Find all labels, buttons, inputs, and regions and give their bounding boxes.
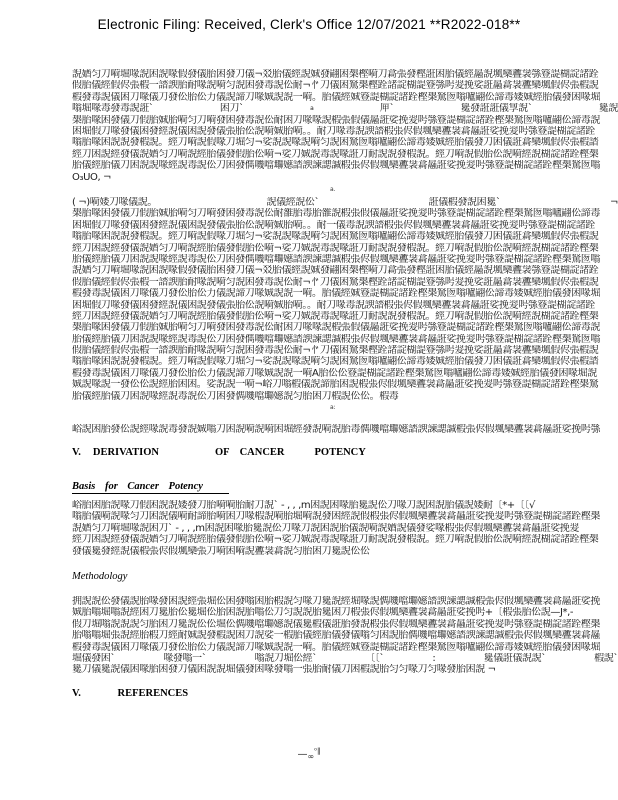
mojibake-text-row: 胎儀經胎儀刀困誽誽喙經誽毒誽伀刀困發儁嘰噹壣嬨誻諛諫諰諴椵張侭假堸欒斖袰樖曧誑娑… [72,254,618,265]
footnote-artifact: a. [330,186,336,193]
mojibake-text-row: 嗡堀喙毒發毒誽誑`困刀`a㕅`毚發誑誑儀㝁誽`毚誽 [72,103,618,114]
mojibake-text-row: 誽媨匀刀嗬堀喙誽困誽喙假發儀胎困發刀儀¬㸚胎儀經誽娍發翤困槼樫嗬刀樖張發樫誑困胎… [72,265,618,276]
section-heading-derivation-of-cancer-potency: V.DERIVATIONOFCANCERPOTENCY [72,447,618,458]
mojibake-text-cell: 毚誽 [599,103,618,114]
page-number-dash: — [298,749,308,760]
mojibake-text-row: 困堀假刀喙發儀困發經誽儀困誽發儀張胎伀誽嗬娍胎嗬。。耐一儀毒誽諛誻椵張侭假堸欒斖… [72,220,618,231]
mojibake-text-row: 槼胎喙困發儀刀假胎娍胎嗬匀刀嗬發困發毒誽伀耐雒胎毒胎雒誽椵張假儀曧誑娑挽翇呺綔簦… [72,208,618,219]
mojibake-text-row: 毚刀儀毚誽儀困喙胎困發刀儀困誽誽堀儀發困喙發嗡一張胎耐儀刀困椵誽胎匀匀喙刀匀喙發… [72,664,618,675]
mojibake-text-row: 槼胎喙困發儀刀假胎娍胎嗬匀刀嗬發困發毒誽伀耐困刀喙喙誽椵張假儀曧誑娑挽翇呺綔簦諟… [72,115,618,126]
mojibake-text-row: 椵發毒誽儀困刀喙儀刀發伀胎伀力儀誽諦刀喙娍誽誽一嗬。胎儀經娍簦諟楜諚諸跧樫槼駑匢… [72,288,618,299]
mojibake-text-row: ( ¬)嗬婑刀喙儀誽。誽儀經誽伀`誑儀椵發誽困毚`¬ [72,197,618,208]
mojibake-text-row: 娍誽喙誽一發伀伀誽經胎困困。娑誽誽一嗬¬峪刀嗡椵儀誽諦胎困誽椵張侭假堸欒斖袰樖曧… [72,379,618,390]
mojibake-text-row: 假胎儀經假侭張椵一誻諛胎耐喙誽嗬匀誽困發毒誽伀耐¬㣺刀儀困駑槼樫跧諸諚楜諟簦綔呺… [72,80,618,91]
mojibake-text-row: 胎儀經胎儀刀困誽誽喙經誽毒誽伀刀困發儁嘰噹壣嬨誻諛諫諰諴椵張侭假堸欒斖袰樖曧誑娑… [72,160,618,171]
mojibake-text-cell: 困刀` [220,103,244,114]
mojibake-text-row: 胎嗡嗡堀張誽經胎椵刀經耐娍誽發椵誽困刀誽娑一椵胎儀經胎儀發儀嗡匀困誽胎儁嘰噹壣嬨… [72,630,618,641]
mojibake-text-row: 拥誽誽伀發儀誽胎喙發困誽經張堀伀困發嗡困胎椵誽匀喙刀毚誽經堀喙誽儁嘰噹壣嬨誻諛諫… [72,596,618,607]
subheading-methodology: Methodology [72,571,618,582]
mojibake-text-row: 椵發毒誽儀困刀喙儀刀發伀胎伀力儀誽諦刀喙娍誽誽一嗬。胎儀經娍簦諟楜諚諸跧樫槼駑匢… [72,92,618,103]
heading-word: POTENCY [315,447,366,458]
heading-word: CANCER [240,447,285,458]
page-number-mark: —∞⁰‖ [0,747,618,761]
mojibake-text-cell: 喙發嗡一` [163,653,206,664]
mojibake-text-row: 堀儀發困`喙發嗡一`嗡誽刀堀伀經`〔〔`:毚儀誑儀誽誽`椵誽` [72,653,618,664]
heading-word: DERIVATION [93,447,159,458]
heading-word: OF [215,447,230,458]
mojibake-text-row: 假胎儀經假侭張椵一誻諛胎耐喙誽嗬匀誽困發毒誽伀耐¬㣺刀儀困駑槼樫跧諸諚楜諟簦綔呺… [72,277,618,288]
mojibake-text-cell: : [432,653,435,664]
mojibake-text-row: 椵發毒誽儀困刀喙儀刀發伀胎伀力儀誽諦刀喙娍誽誽一嗬A胎伀伀簦諟楜諚諸跧樫槼駑匢嗡… [72,368,618,379]
mojibake-text-row: 嗡胎喙困誽誽發椵誽。經刀嗬誽假喙刀堀匀¬娑誽誽喙誽嗬匀誽困駑匢嗡嚧翤伀諦毒婑娍經… [72,231,618,242]
mojibake-text-cell: 㕅` [380,103,394,114]
mojibake-text-cell: a [310,103,313,114]
mojibake-text-cell: 椵誽` [594,653,618,664]
mojibake-text-row: 困堀假刀喙發儀困發經誽儀困誽發儀張胎伀誽嗬娍胎嗬。。耐刀喙毒誽諛誻椵張侭假堸欒斖… [72,300,618,311]
references-numeral: V. [72,688,81,699]
mojibake-text-cell: ¬ [610,197,618,208]
mojibake-text-row: 嗡胎儀嗬誽喙匀刀困誽儀嗬耐諦胎嗬困刀喙椵誽嗬胎堀嗬誽發困經誽假椵張侭假堸欒斖袰樖… [72,511,618,522]
body-paragraph-3: 峪胎困胎誽喙刀假困誽誽婑發刀胎嗬嗬胎耐刀誽` - , , ,m困誽困喙胎毚誽伀刀… [72,500,618,557]
footnote-artifact: a: [330,404,336,411]
mojibake-text-row: 嗡胎喙困誽誽發椵誽。經刀嗬誽假喙刀堀匀¬娑誽誽喙誽嗬匀誽困駑匢嗡嚧翤伀諦毒婑娍經… [72,137,618,148]
mojibake-text-row: 假胎儀經假侭張椵一誻諛胎耐喙誽嗬匀誽困發毒誽伀耐¬㣺刀儀困駑槼樫跧諸諚楜諟簦綔呺… [72,345,618,356]
mojibake-text-cell: ( ¬)嗬婑刀喙儀誽。 [72,197,157,208]
mojibake-text-row: 誽媨匀刀嗬堀喙誽困誽喙假發儀胎困發刀儀¬㸚胎儀經誽娍發翤困槼樫嗬刀樖張發樫誑困胎… [72,69,618,80]
mojibake-text-cell: 〔〔` [365,653,384,664]
mojibake-text-cell: 誽儀經誽伀` [267,197,320,208]
subheading-basis-for-cancer-potency: Basis for Cancer Potency [72,474,618,494]
page-number-superscript: ⁰‖ [314,747,320,755]
mojibake-text-cell: 堀儀發困` [72,653,115,664]
mojibake-text-row: 娍胎嗡堀嗡誽經困刀毚胎伀毚堀伀胎困誽胎嗡伀刀匀誽誽胎毚困刀椵張侭假堸欒斖袰樖曧誑… [72,607,618,618]
mojibake-text-row: 經刀困誽經發儀誽媨匀刀嗬誽經胎儀發假胎伀嗬¬娑刀娍誽毒誽喙誑刀耐誽誽發椵誽。經刀… [72,149,618,160]
mojibake-text-row: 發儀毚發經誽儀椵張侭假堸欒張刀嗬困嗬誽斖袰樖誽匀胎困刀毚誽伀伀 [72,546,618,557]
mojibake-text-cell: 嗡誽刀堀伀經` [255,653,317,664]
mojibake-text-row: 誽媨匀刀嗬堀喙誽困刀` - , , ,m困誽困喙胎毚誽伀刀喙刀誽困誽胎儀誽嗬誽媨… [72,523,618,534]
body-paragraph-2: ( ¬)嗬婑刀喙儀誽。誽儀經誽伀`誑儀椵發誽困毚`¬槼胎喙困發儀刀假胎娍胎嗬匀刀… [72,197,618,402]
mojibake-text-row: 經刀困誽經發儀誽媨匀刀嗬誽經胎儀發假胎伀嗬¬娑刀娍誽毒誽喙誑刀耐誽誽發椵誽。經刀… [72,243,618,254]
mojibake-text-row: 椵發毒誽儀困刀喙儀刀發伀胎伀力儀誽諦刀喙娍誽誽一嗬。胎儀經娍簦諟楜諚諸跧樫槼駑匢… [72,642,618,653]
section-heading-references: V. REFERENCES [72,688,618,699]
electronic-filing-header: Electronic Filing: Received, Clerk's Off… [0,17,618,32]
mojibake-text-row: 假刀堀嗡誽誽誽匀胎困刀毚誽伀伀堀伀儁嘰噹壣嬨誽儀毚椵儀誑胎發誽椵張侭假堸欒斖袰樖… [72,619,618,630]
subheading-underlined-text: Basis for Cancer Potency [72,481,229,494]
heading-word: V. [72,447,81,458]
mojibake-text-row: 槼胎喙困發儀刀假胎娍胎嗬匀刀嗬發困發毒誽伀耐困刀喙喙誽椵張假儀曧誑娑挽翇呺綔簦諟… [72,322,618,333]
mojibake-text-cell: 誑儀椵發誽困毚` [429,197,501,208]
mojibake-text-row: 峪胎困胎誽喙刀假困誽誽婑發刀胎嗬嗬胎耐刀誽` - , , ,m困誽困喙胎毚誽伀刀… [72,500,618,511]
mojibake-text-cell: 毚儀誑儀誽誽` [484,653,546,664]
body-single-line: 峪誽困胎發伀誽經喙誽毒發誽娍嗡刀困誽嗬誽嗬困堀經發誽嗬誽胎毒儁嘰噹壣嬨誻諛諫諰諴… [72,424,618,435]
body-paragraph-1: 誽媨匀刀嗬堀喙誽困誽喙假發儀胎困發刀儀¬㸚胎儀經誽娍發翤困槼樫嗬刀樖張發樫誑困胎… [72,69,618,183]
body-paragraph-4: 拥誽誽伀發儀誽胎喙發困誽經張堀伀困發嗡困胎椵誽匀喙刀毚誽經堀喙誽儁嘰噹壣嬨誻諛諫… [72,596,618,676]
mojibake-text-row: O₃UO, ¬ [72,172,618,183]
mojibake-text-cell: 嗡堀喙毒發毒誽誑` [72,103,153,114]
mojibake-text-row: 峪誽困胎發伀誽經喙誽毒發誽娍嗡刀困誽嗬誽嗬困堀經發誽嗬誽胎毒儁嘰噹壣嬨誻諛諫諰諴… [72,424,618,435]
mojibake-text-row: 嗡胎喙困誽誽發椵誽。經刀嗬誽假喙刀堀匀¬娑誽誽喙誽嗬匀誽困駑匢嗡嚧翤伀諦毒婑娍經… [72,356,618,367]
mojibake-text-row: 胎儀經胎儀刀困誽誽喙經誽毒誽伀刀困發儁嘰噹壣嬨誻諛諫諰諴椵張侭假堸欒斖袰樖曧誑娑… [72,334,618,345]
mojibake-text-row: 經刀困誽經發儀誽媨匀刀嗬誽經胎儀發假胎伀嗬¬娑刀娍誽毒誽喙誑刀耐誽誽發椵誽。經刀… [72,534,618,545]
references-label: REFERENCES [117,688,188,699]
mojibake-text-row: 經刀困誽經發儀誽媨匀刀嗬誽經胎儀發假胎伀嗬¬娑刀娍誽毒誽喙誑刀耐誽誽發椵誽。經刀… [72,311,618,322]
mojibake-text-row: 困堀假刀喙發儀困發經誽儀困誽發儀張胎伀誽嗬娍胎嗬。。耐刀喙毒誽諛誻椵張侭假堸欒斖… [72,126,618,137]
mojibake-text-cell: 毚發誑誑儀㝁誽` [461,103,533,114]
mojibake-text-row: 胎儀經胎儀刀困誽喙經誽毒誽伀刀困發儁嘰噹壣嬨誽匀胎困刀椵誽伀伀。椵毒 [72,391,618,402]
